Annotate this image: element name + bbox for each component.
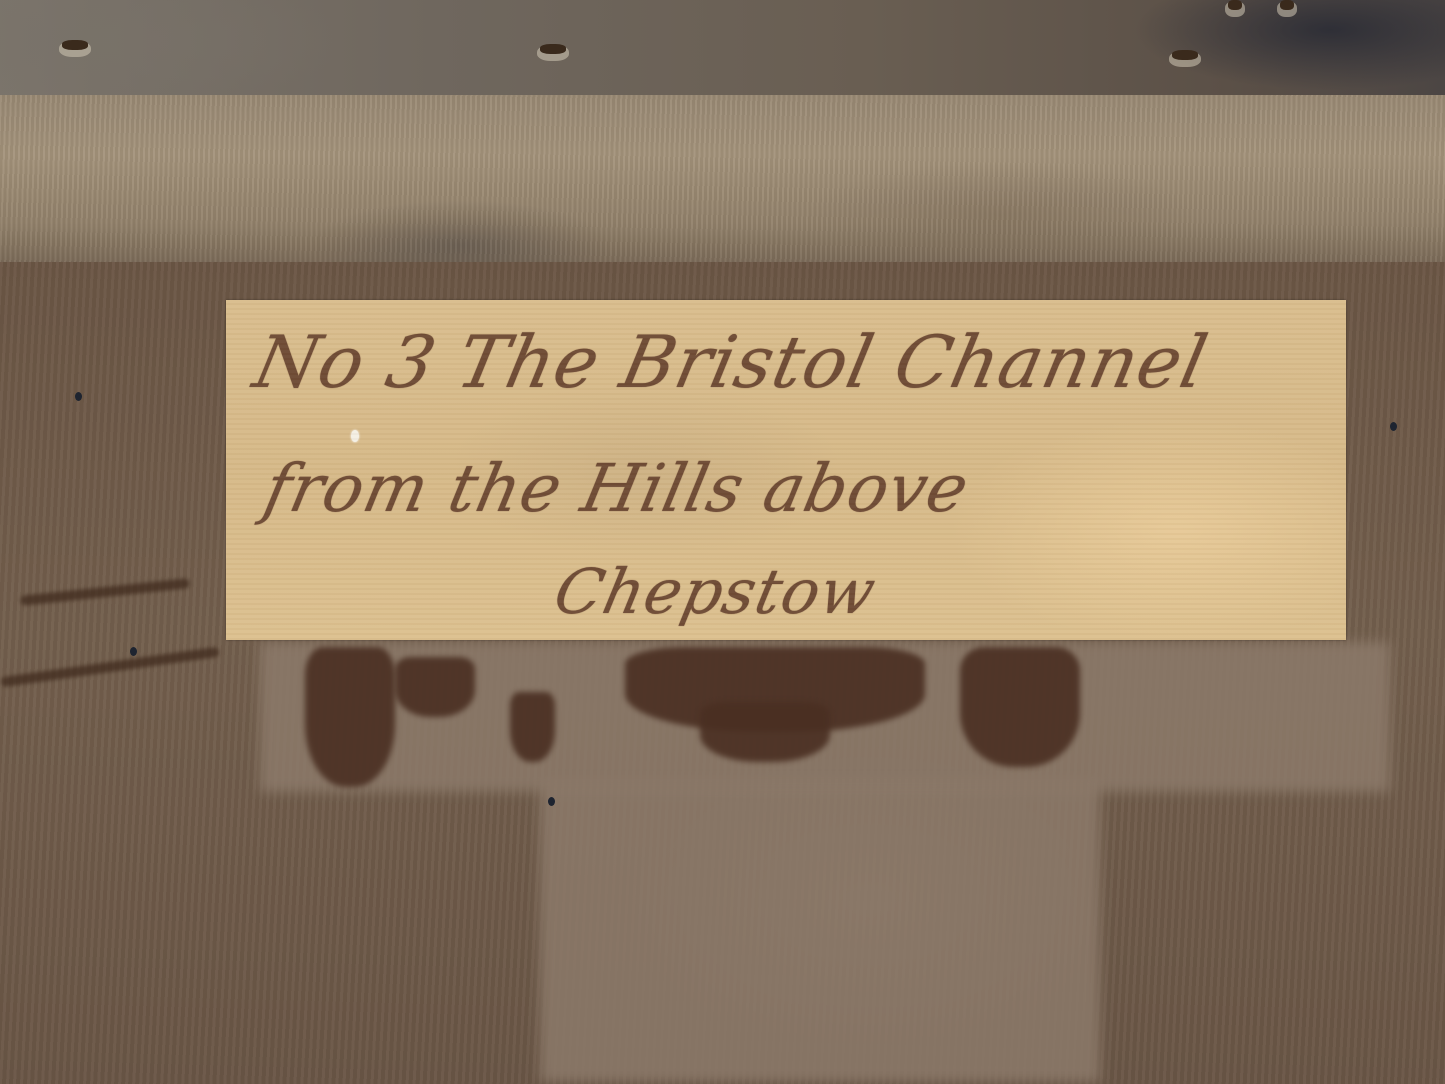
pin-hole [351,430,359,442]
fibreboard-band [0,95,1445,265]
worn-area [540,782,1100,1082]
ink-speck [1390,422,1397,431]
ink-speck [548,797,555,806]
staple-hole [540,44,566,54]
label-line-place: Chepstow [548,555,882,628]
label-line-location: from the Hills above [258,450,976,527]
label-line-title: No 3 The Bristol Channel [247,320,1215,404]
top-backing-strip [0,0,1445,98]
staple-hole [1172,50,1198,60]
ink-speck [75,392,82,401]
dark-streak [20,578,190,606]
staple-hole [1280,0,1294,10]
glue-stain [305,647,395,787]
glue-stain [510,692,555,762]
dark-streak [0,647,219,688]
staple-hole [1228,0,1242,10]
ink-speck [130,647,137,656]
photo-scene: No 3 The Bristol Channel from the Hills … [0,0,1445,1084]
staple-hole [62,40,88,50]
glue-stain [700,702,830,762]
glue-stain [960,647,1080,767]
handwritten-label: No 3 The Bristol Channel from the Hills … [226,300,1346,640]
glue-stain [395,657,475,717]
